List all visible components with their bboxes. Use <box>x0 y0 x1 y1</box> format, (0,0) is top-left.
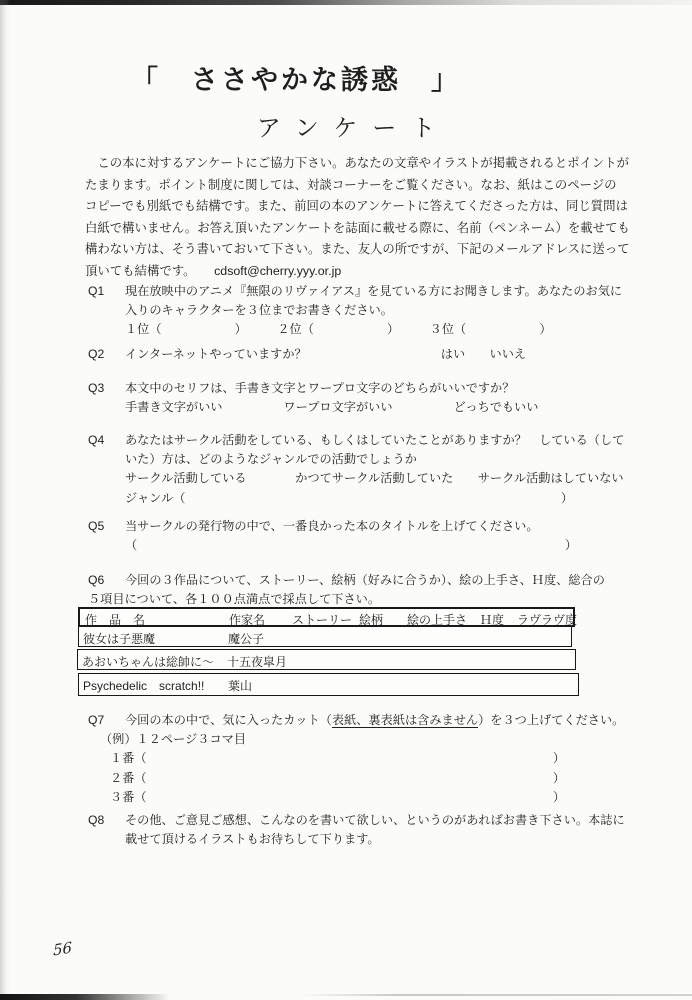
intro-paragraph: この本に対するアンケートにご協力下さい。あなたの文章やイラストが掲載されるとポイ… <box>85 153 625 283</box>
work-author: 十五夜皐月 <box>227 653 287 670</box>
q4-text: いた）方は、どのようなジャンルでの活動でしょうか <box>125 450 633 469</box>
intro-line-email: 頂いても結構です。 cdsoft@cherry.yyy.or.jp <box>85 261 625 283</box>
q7-cut-blank-3: ３番（ ） <box>110 788 565 807</box>
q7-cut-blank-2: ２番（ ） <box>110 769 565 788</box>
q8-text: その他、ご意見ご感想、こんなのを書いて欲しい、というのがあればお書き下さい。本誌… <box>125 811 625 830</box>
q3-label: Q3 <box>88 379 125 398</box>
q8-text: 載せて頂けるイラストもお待ちして下ります。 <box>125 830 633 849</box>
q4-genre-blank-close: ） <box>561 489 573 508</box>
scan-edge-bottom-left <box>0 994 170 1000</box>
table-row: Psychedelic scratch!! 葉山 <box>78 673 579 696</box>
work-title: Psychedelic scratch!! <box>83 677 204 694</box>
page-number: 56 <box>53 938 72 959</box>
q7-text: 今回の本の中で、気に入ったカット（表紙、裏表紙は含みません）を３つ上げてください… <box>125 711 624 730</box>
q5-text: 当サークルの発行物の中で、一番良かった本のタイトルを上げてください。 <box>125 517 539 536</box>
q7-blank-close: ） <box>553 769 565 788</box>
q7-blank-close: ） <box>553 749 565 768</box>
intro-line-email: 構わない方は、そう書いておいて下さい。また、友人の所ですが、下記のメールアドレス… <box>85 239 625 261</box>
q7-text-underlined: 表紙、裏表紙は含みません <box>332 713 478 728</box>
q1-text: 現在放映中のアニメ『無限のリヴァイアス』を見ている方にお聞きします。あなたのお気… <box>125 282 622 301</box>
work-author: 葉山 <box>228 677 252 694</box>
q4-label: Q4 <box>88 431 125 450</box>
q5-blank-open: （ <box>125 536 137 555</box>
question-q3: Q3 本文中のセリフは、手書き文字とワープロ文字のどちらがいいですか？ 手書き文… <box>88 379 633 417</box>
q2-label: Q2 <box>88 345 125 364</box>
question-q6: Q6 今回の３作品について、ストーリー、絵柄（好みに合うか）、絵の上手さ、Ｈ度、… <box>88 571 633 609</box>
q7-text-post: ）を３つ上げてください。 <box>478 713 624 727</box>
scan-edge-bottom-right <box>300 994 692 996</box>
doc-subtitle: アンケート <box>0 108 692 143</box>
q6-text: 今回の３作品について、ストーリー、絵柄（好みに合うか）、絵の上手さ、Ｈ度、総合の <box>125 571 605 590</box>
work-title: 彼女は子悪魔 <box>83 630 155 647</box>
q6-label: Q6 <box>88 571 125 590</box>
question-q2: Q2 インターネットやっていますか？ はい いいえ <box>88 345 633 364</box>
q4-options: サークル活動している かつてサークル活動していた サークル活動はしていない <box>125 469 633 488</box>
q7-blank-open: １番（ <box>110 749 147 768</box>
q1-rank-blanks: １位（ ） ２位（ ） ３位（ ） <box>125 320 633 339</box>
intro-line: コピーでも別紙でも結構です。また、前回の本のアンケートに答えてくださった方は、同… <box>85 196 625 218</box>
q5-title-blank: （ ） <box>125 536 577 555</box>
q4-genre-blank-open: ジャンル（ <box>125 489 185 508</box>
q7-blank-open: ３番（ <box>110 788 147 807</box>
q7-blank-close: ） <box>553 788 565 807</box>
question-q1: Q1 現在放映中のアニメ『無限のリヴァイアス』を見ている方にお聞きします。あなた… <box>88 282 633 340</box>
question-q4: Q4 あなたはサークル活動をしている、もしくはしていたことがありますか？ してい… <box>88 431 633 508</box>
table-row: 彼女は子悪魔 魔公子 <box>78 626 572 647</box>
work-author: 魔公子 <box>228 630 264 647</box>
q2-text-options: インターネットやっていますか？ はい いいえ <box>125 345 526 364</box>
intro-line: たまります。ポイント制度に関しては、対談コーナーをご覧ください。なお、紙はこのペ… <box>85 175 625 197</box>
table-row: あおいちゃんは総帥に～ 十五夜皐月 <box>77 649 576 670</box>
question-q8: Q8 その他、ご意見ご感想、こんなのを書いて欲しい、というのがあればお書き下さい… <box>88 811 633 849</box>
q8-label: Q8 <box>88 811 125 830</box>
q5-blank-close: ） <box>565 536 577 555</box>
q3-text: 本文中のセリフは、手書き文字とワープロ文字のどちらがいいですか？ <box>125 379 514 398</box>
q7-example: （例）１２ページ３コマ目 <box>100 730 633 749</box>
q3-options: 手書き文字がいい ワープロ文字がいい どっちでもいい <box>125 398 633 417</box>
question-q5: Q5 当サークルの発行物の中で、一番良かった本のタイトルを上げてください。 （ … <box>88 517 633 555</box>
q7-text-pre: 今回の本の中で、気に入ったカット（ <box>125 713 332 727</box>
work-title: あおいちゃんは総帥に～ <box>82 653 214 670</box>
intro-line: この本に対するアンケートにご協力下さい。あなたの文章やイラストが掲載されるとポイ… <box>85 153 625 175</box>
q4-genre-blank: ジャンル（ ） <box>125 489 573 508</box>
q1-label: Q1 <box>88 282 125 301</box>
question-q7: Q7 今回の本の中で、気に入ったカット（表紙、裏表紙は含みません）を３つ上げてく… <box>88 711 633 807</box>
q7-label: Q7 <box>88 711 125 730</box>
doc-title: 「 ささやかな誘惑 」 <box>0 58 642 97</box>
scan-edge-left <box>0 0 10 1000</box>
q5-label: Q5 <box>88 517 125 536</box>
scoring-table-header: 作 品 名 作家名 ストーリー 絵柄 絵の上手さ Ｈ度 ラヴラヴ度 <box>78 607 575 627</box>
scan-edge-top <box>0 0 692 5</box>
q7-blank-open: ２番（ <box>110 769 147 788</box>
q7-cut-blank-1: １番（ ） <box>110 749 565 768</box>
intro-line: 白紙で構いません。お答え頂いたアンケートを誌面に載せる際に、名前（ペンネーム）を… <box>85 218 625 240</box>
q4-text: あなたはサークル活動をしている、もしくはしていたことがありますか？ している（し… <box>125 431 624 450</box>
q1-text: 入りのキャラクターを３位までお書きください。 <box>125 301 633 320</box>
